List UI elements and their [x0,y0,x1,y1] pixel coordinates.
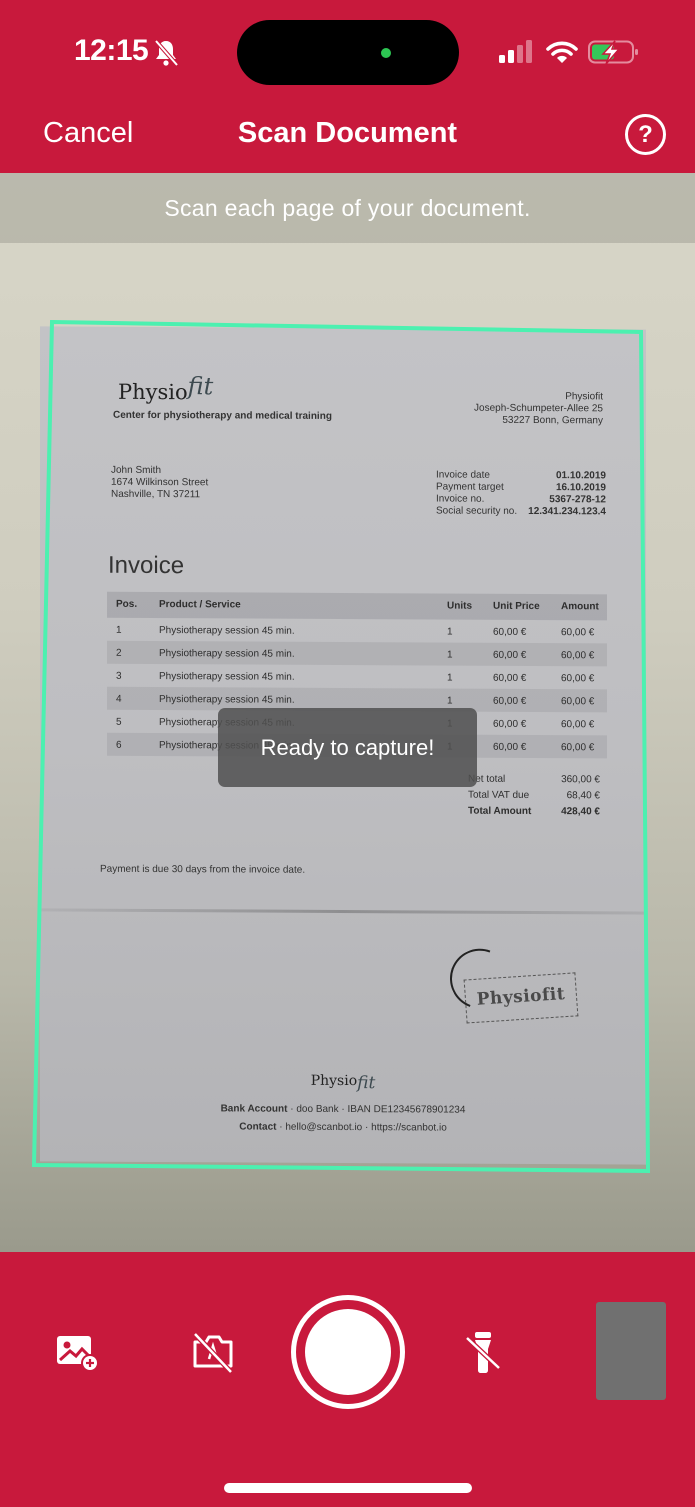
cell-amount: 60,00 € [561,673,594,684]
cell-pos: 2 [116,648,122,659]
payment-note: Payment is due 30 days from the invoice … [100,864,305,876]
document-logo: Physiofit [118,377,213,405]
meta-label: Invoice no. [436,493,484,505]
camera-in-use-indicator [381,48,391,58]
cell-pos: 4 [116,694,122,705]
totals-row: Total VAT due68,40 € [468,788,600,805]
meta-label: Social security no. [436,505,517,517]
footer-logo-main: Physio [311,1073,357,1089]
table-header: Pos. Product / Service Units Unit Price … [107,592,607,621]
cell-unit-price: 60,00 € [493,719,526,730]
shutter-inner [305,1309,391,1395]
meta-value: 16.10.2019 [556,482,606,494]
cell-unit-price: 60,00 € [493,627,526,638]
recipient-address: John Smith 1674 Wilkinson Street Nashvil… [111,465,208,502]
footer-logo: Physiofit [40,1068,646,1091]
cell-product: Physiotherapy session 45 min. [159,648,295,660]
page-thumbnail[interactable] [596,1302,666,1400]
meta-row: Invoice date01.10.2019 [436,469,606,482]
cell-amount: 60,00 € [561,742,594,753]
iban: IBAN DE12345678901234 [348,1104,466,1116]
totals-row: Net total360,00 € [468,772,600,789]
table-row: 3Physiotherapy session 45 min.160,00 €60… [107,664,607,690]
status-time: 12:15 [74,34,148,68]
header-amount: Amount [561,601,599,612]
cell-units: 1 [447,696,453,707]
header-unit-price: Unit Price [493,601,540,612]
meta-value: 12.341.234.123.4 [528,506,606,518]
logo-accent: fit [188,372,214,400]
header-units: Units [447,601,472,612]
contact-website: https://scanbot.io [371,1122,447,1133]
flashlight-off-icon[interactable] [459,1328,507,1376]
invoice-totals: Net total360,00 € Total VAT due68,40 € T… [468,772,600,821]
dynamic-island [237,20,459,85]
logo-main: Physio [118,380,188,404]
recipient-line: Nashville, TN 37211 [111,489,208,502]
separator: · [365,1122,368,1133]
sender-address: Physiofit Joseph-Schumpeter-Allee 25 532… [474,391,603,428]
cell-unit-price: 60,00 € [493,696,526,707]
cell-units: 1 [447,627,453,638]
wifi-icon [546,40,578,64]
cell-units: 1 [447,673,453,684]
home-indicator[interactable] [224,1483,472,1493]
totals-label: Total Amount [468,804,531,820]
invoice-meta: Invoice date01.10.2019 Payment target16.… [436,469,606,518]
recipient-line: 1674 Wilkinson Street [111,477,208,490]
cell-amount: 60,00 € [561,696,594,707]
cell-pos: 5 [116,717,122,728]
totals-label: Total VAT due [468,788,529,804]
sender-line: Joseph-Schumpeter-Allee 25 [474,403,603,416]
bank-name: doo Bank [296,1104,338,1115]
shutter-button[interactable] [291,1295,405,1409]
cell-unit-price: 60,00 € [493,673,526,684]
cell-product: Physiotherapy session 45 min. [159,671,295,683]
table-row: 1Physiotherapy session 45 min.160,00 €60… [107,618,607,644]
ready-to-capture-toast: Ready to capture! [218,708,477,787]
document-tagline: Center for physiotherapy and medical tra… [113,410,332,422]
invoice-title: Invoice [108,552,184,580]
footer-bank: Bank Account · doo Bank · IBAN DE1234567… [40,1102,646,1116]
cell-unit-price: 60,00 € [493,650,526,661]
totals-value: 68,40 € [567,788,600,804]
cell-pos: 3 [116,671,122,682]
camera-preview[interactable]: Scan each page of your document. Physiof… [0,173,695,1252]
recipient-line: John Smith [111,465,208,478]
cell-amount: 60,00 € [561,650,594,661]
sender-line: Physiofit [474,391,603,404]
table-row: 2Physiotherapy session 45 min.160,00 €60… [107,641,607,667]
help-glyph: ? [638,121,653,148]
separator: · [279,1122,282,1133]
sender-line: 53227 Bonn, Germany [474,415,603,428]
contact-label: Contact [239,1121,276,1132]
bell-slash-icon [152,38,180,68]
cell-pos: 6 [116,740,122,751]
image-add-icon[interactable] [53,1328,101,1376]
company-stamp: Physiofit [464,972,579,1023]
cell-amount: 60,00 € [561,719,594,730]
meta-row: Payment target16.10.2019 [436,481,606,494]
cell-pos: 1 [116,625,122,636]
meta-value: 5367-278-12 [549,494,606,506]
bank-label: Bank Account [221,1103,288,1114]
cell-unit-price: 60,00 € [493,742,526,753]
paper-fold [40,908,646,914]
status-bar: 12:15 [0,0,695,100]
totals-value: 360,00 € [561,772,600,788]
battery-charging-icon [588,40,640,64]
totals-value: 428,40 € [561,804,600,820]
separator: · [290,1104,293,1115]
meta-label: Payment target [436,481,504,493]
bottom-toolbar [0,1252,695,1507]
footer-contact: Contact · hello@scanbot.io · https://sca… [40,1120,646,1134]
scan-hint: Scan each page of your document. [0,173,695,243]
totals-row: Total Amount428,40 € [468,804,600,821]
page-title: Scan Document [0,117,695,150]
meta-value: 01.10.2019 [556,470,606,482]
cell-product: Physiotherapy session 45 min. [159,694,295,706]
cellular-signal-icon [498,40,534,64]
meta-row: Invoice no.5367-278-12 [436,493,606,506]
header-pos: Pos. [116,599,137,610]
camera-auto-off-icon[interactable] [189,1328,237,1376]
meta-label: Invoice date [436,469,490,481]
question-circle-icon[interactable]: ? [625,114,666,155]
cell-amount: 60,00 € [561,627,594,638]
cell-product: Physiotherapy session 45 min. [159,625,295,637]
header-product: Product / Service [159,599,241,610]
meta-row: Social security no.12.341.234.123.4 [436,505,606,518]
footer-logo-accent: fit [357,1073,375,1093]
contact-email: hello@scanbot.io [285,1122,362,1133]
separator: · [341,1104,344,1115]
navigation-bar: Cancel Scan Document ? [0,100,695,173]
cell-units: 1 [447,650,453,661]
